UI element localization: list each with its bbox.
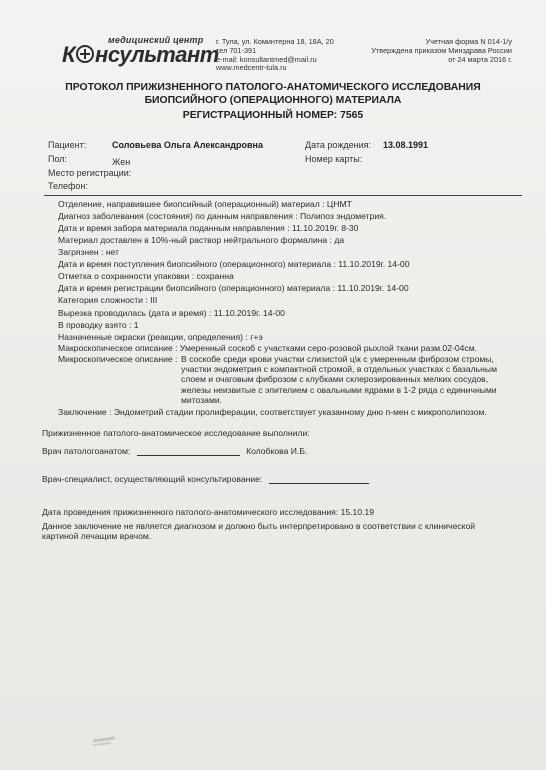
pathologist-signature-line — [137, 446, 240, 456]
scan-smudge — [93, 742, 111, 746]
birth-date-label: Дата рождения: — [305, 140, 371, 150]
phone-label: Телефон: — [48, 181, 88, 191]
detail-registration-date: Дата и время регистрации биопсийного (оп… — [58, 283, 409, 293]
conclusion: Заключение : Эндометрий стадии пролифера… — [58, 407, 487, 417]
sex-label: Пол: — [48, 154, 67, 164]
sex-value: Жен — [112, 157, 130, 167]
registration-place-label: Место регистрации: — [48, 168, 131, 178]
disclaimer-line2: картиной лечащим врачом. — [42, 531, 151, 541]
detail-department: Отделение, направившее биопсийный (опера… — [58, 199, 352, 209]
microscopic-label: Микроскопическое описание : — [58, 354, 177, 364]
microscopic-line: В соскобе среди крови участки слизистой … — [181, 354, 497, 364]
disclaimer-line1: Данное заключение не является диагнозом … — [42, 521, 475, 531]
form-approval-date: от 24 марта 2016 г. — [371, 56, 512, 65]
performed-by: Прижизненное патолого-анатомическое иссл… — [42, 428, 310, 438]
logo-letter: К — [62, 42, 75, 67]
conclusion-text: Эндометрий стадии пролиферации, соответс… — [114, 407, 487, 417]
patient-name: Соловьева Ольга Александровна — [112, 140, 263, 150]
birth-date-value: 13.08.1991 — [383, 140, 428, 150]
pathologist-label: Врач патологоанатом: — [42, 446, 130, 456]
study-date: Дата проведения прижизненного патолого-а… — [42, 507, 374, 517]
detail-complexity: Категория сложности : III — [58, 295, 157, 305]
scanned-document-page: медицинский центр Кнсультант г. Тула, ул… — [0, 0, 546, 770]
card-number-label: Номер карты: — [305, 154, 362, 164]
microscopic-description: В соскобе среди крови участки слизистой … — [181, 354, 497, 405]
detail-cutting-date: Вырезка проводилась (дата и время) : 11.… — [58, 308, 285, 318]
microscopic-line: митозами. — [181, 395, 497, 405]
registration-number: РЕГИСТРАЦИОННЫЙ НОМЕР: 7565 — [0, 110, 546, 121]
detail-samples-taken: В проводку взято : 1 — [58, 320, 139, 330]
form-info: Учетная форма N 014-1/у Утверждена прика… — [371, 38, 512, 64]
logo-name: нсультант — [95, 42, 219, 67]
pathologist-name: Колобкова И.Б. — [246, 446, 307, 456]
microscopic-line: слоем и очаговым фиброзом с клубками скл… — [181, 374, 497, 384]
clinic-contacts: г. Тула, ул. Коминтерна 18, 18А, 20 тел … — [216, 38, 334, 73]
detail-contaminated: Загрязнен : нет — [58, 247, 119, 257]
divider — [44, 195, 522, 196]
patient-label: Пациент: — [48, 140, 86, 150]
detail-receipt-date: Дата и время поступления биопсийного (оп… — [58, 259, 410, 269]
detail-diagnosis: Диагноз заболевания (состояния) по данны… — [58, 211, 386, 221]
detail-collection-date: Дата и время забора материала поданным н… — [58, 223, 358, 233]
consultant-row: Врач-специалист, осуществляющий консульт… — [42, 474, 369, 484]
document-title-line1: ПРОТОКОЛ ПРИЖИЗНЕННОГО ПАТОЛОГО-АНАТОМИЧ… — [0, 82, 546, 93]
microscopic-line: участки эндометрия с компактной стромой,… — [181, 364, 497, 374]
microscopic-line: железы неизвитые с эпителием с овальными… — [181, 385, 497, 395]
document-title-line2: БИОПСИЙНОГО (ОПЕРАЦИОННОГО) МАТЕРИАЛА — [0, 95, 546, 106]
pathologist-row: Врач патологоанатом: Колобкова И.Б. — [42, 446, 307, 456]
detail-macroscopic: Макроскопическое описание : Умеренный со… — [58, 343, 477, 353]
website: www.medcentr-tula.ru — [216, 64, 334, 73]
detail-stains: Назначенные окраски (реакции, определени… — [58, 332, 263, 342]
conclusion-label: Заключение : — [58, 407, 111, 417]
medical-cross-icon — [76, 45, 94, 63]
detail-package-integrity: Отметка о сохранности упаковки : сохранн… — [58, 271, 234, 281]
consultant-signature-line — [269, 474, 369, 484]
clinic-logo: Кнсультант — [62, 42, 219, 68]
detail-formalin: Материал доставлен в 10%-ный раствор ней… — [58, 235, 344, 245]
scan-smudge — [93, 736, 115, 742]
consultant-label: Врач-специалист, осуществляющий консульт… — [42, 474, 262, 484]
